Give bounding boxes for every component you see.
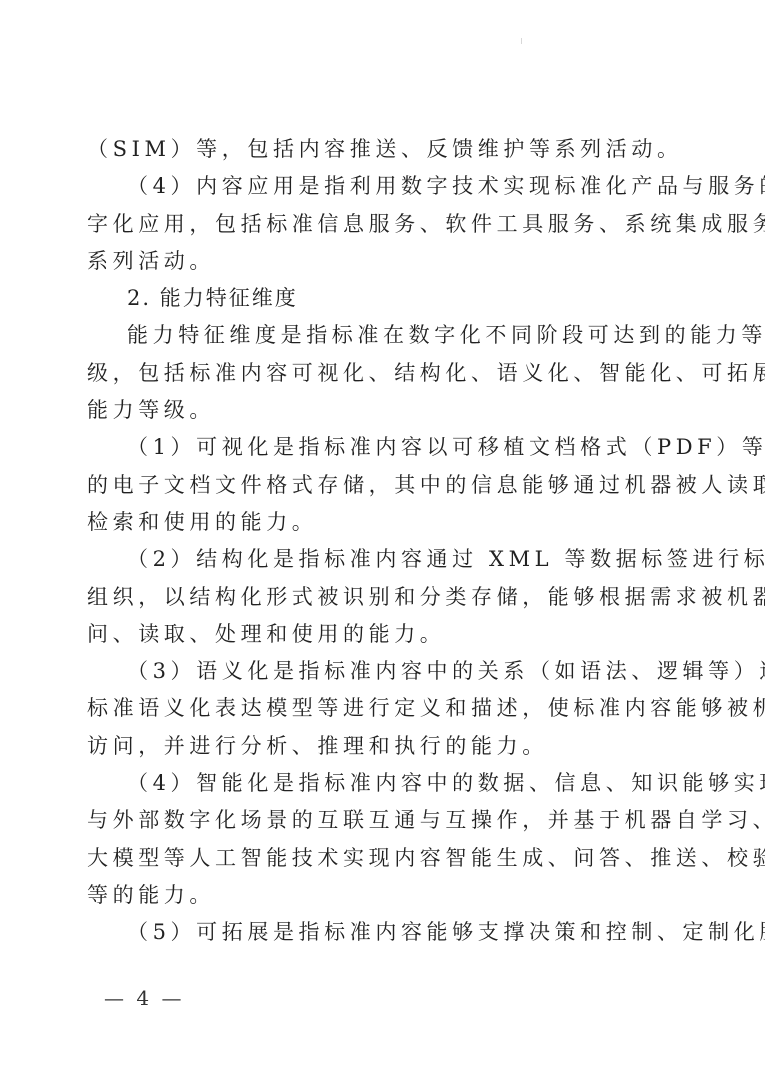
page-number: — 4 — <box>104 986 184 1010</box>
text-line: 的电子文档文件格式存储，其中的信息能够通过机器被人读取、 <box>87 467 667 504</box>
text-line: 等的能力。 <box>87 877 667 914</box>
scan-speck <box>521 38 522 44</box>
document-body: （SIM）等，包括内容推送、反馈维护等系列活动。 （4）内容应用是指利用数字技术… <box>87 131 667 952</box>
text-line: （2）结构化是指标准内容通过 XML 等数据标签进行标记和 <box>87 541 667 578</box>
text-line: （3）语义化是指标准内容中的关系（如语法、逻辑等）通过 <box>87 653 667 690</box>
text-line: 能力特征维度是指标准在数字化不同阶段可达到的能力等 <box>87 317 667 354</box>
text-line: （4）智能化是指标准内容中的数据、信息、知识能够实现 <box>87 765 667 802</box>
section-heading: 2. 能力特征维度 <box>87 280 667 317</box>
text-line: （1）可视化是指标准内容以可移植文档格式（PDF）等开放 <box>87 429 667 466</box>
text-line: 系列活动。 <box>87 243 667 280</box>
text-line: 检索和使用的能力。 <box>87 504 667 541</box>
text-line: 标准语义化表达模型等进行定义和描述，使标准内容能够被机器 <box>87 690 667 727</box>
text-line: 大模型等人工智能技术实现内容智能生成、问答、推送、校验 <box>87 840 667 877</box>
document-page: （SIM）等，包括内容推送、反馈维护等系列活动。 （4）内容应用是指利用数字技术… <box>0 0 765 1086</box>
text-line: 级，包括标准内容可视化、结构化、语义化、智能化、可拓展等 <box>87 355 667 392</box>
text-line: 与外部数字化场景的互联互通与互操作，并基于机器自学习、 <box>87 802 667 839</box>
text-line: （4）内容应用是指利用数字技术实现标准化产品与服务的数 <box>87 168 667 205</box>
text-line: 问、读取、处理和使用的能力。 <box>87 616 667 653</box>
text-line: 组织，以结构化形式被识别和分类存储，能够根据需求被机器访 <box>87 579 667 616</box>
text-line: （5）可拓展是指标准内容能够支撑决策和控制、定制化服务 <box>87 914 667 951</box>
text-line: 能力等级。 <box>87 392 667 429</box>
text-line: （SIM）等，包括内容推送、反馈维护等系列活动。 <box>87 131 667 168</box>
text-line: 字化应用，包括标准信息服务、软件工具服务、系统集成服务等 <box>87 206 667 243</box>
text-line: 访问，并进行分析、推理和执行的能力。 <box>87 728 667 765</box>
